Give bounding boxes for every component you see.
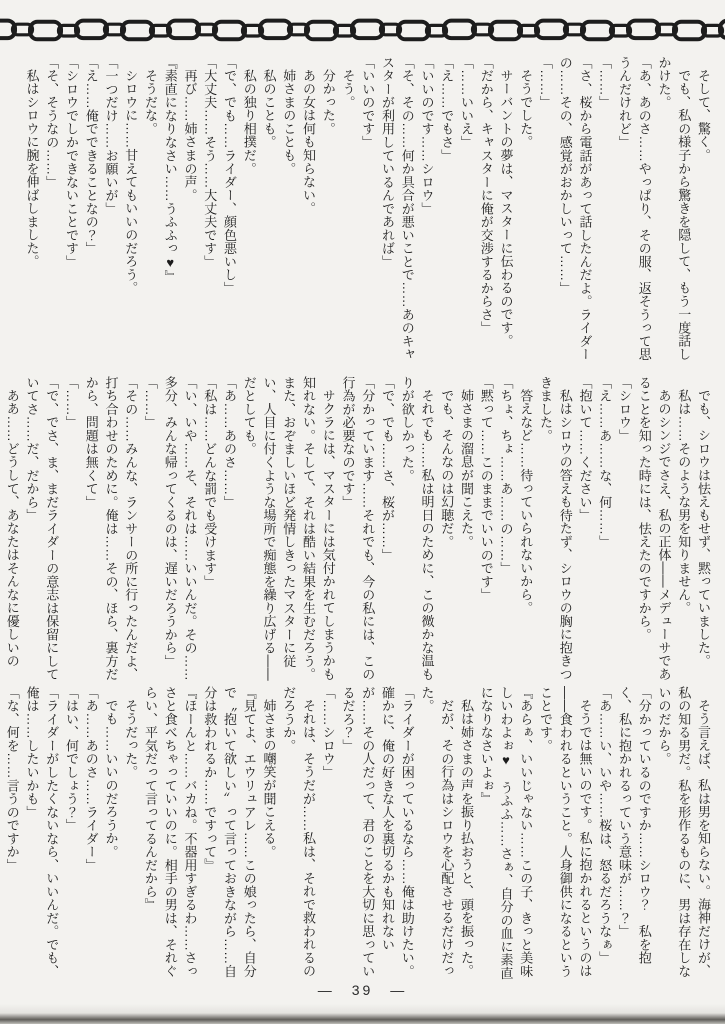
- paragraph: 「はい、何でしょう？」: [61, 686, 81, 984]
- paragraph: 「その……みんな、ランサーの所に行ったんだよ、打ち合わせのために。俺は……その、…: [81, 376, 140, 682]
- paragraph: 「え……でもさ」: [437, 56, 457, 370]
- paragraph: それでも……私は明日のために、この微かな温もりが欲しかった。: [397, 376, 437, 682]
- paragraph: 「ちょ、ちょ……あ……の……」: [496, 376, 516, 682]
- paragraph: 「で、でも……さ、桜が……」: [377, 376, 397, 682]
- paragraph: 「あ、あのさ……やっぱり、その服、返そうって思うんだけれど」: [614, 56, 654, 370]
- paragraph: 『見てよ、エウリュアレ……この娘ったら、自分で〝抱いて欲しい〟って言っておきなが…: [200, 686, 259, 984]
- paragraph: 「シロウでしかできないことです」: [61, 56, 81, 370]
- paragraph: 「私は……どんな罰でも受けます」: [200, 376, 220, 682]
- paragraph: 「え……俺でできることなの？」: [81, 56, 101, 370]
- paragraph: 「分かっています……それでも、今の私には、この行為が必要なのです」: [338, 376, 378, 682]
- paragraph: 「で、でさ、ま、まだライダーの意志は保留にしていてさ……だ、だから」: [22, 376, 62, 682]
- paragraph: あのシンジでさえ、私の正体――メデューサであることを知った時には、怯えたのですか…: [634, 376, 674, 682]
- paragraph: 「分かっているのですか……シロウ？ 私を抱く、私に抱かれるっていう意味が……？」: [614, 686, 654, 984]
- paragraph: ああ……どうして、あなたはそんなに優しいのか。: [6, 376, 22, 682]
- paragraph: でも、シロウは怯えもせず、黙っていました。: [693, 376, 713, 682]
- paragraph: 「……」: [140, 376, 160, 682]
- paragraph: 姉さまのことも。: [279, 56, 299, 370]
- paragraph: 私の独り相撲だ。: [239, 56, 259, 370]
- paragraph: そうだな。: [140, 56, 160, 370]
- paragraph: そうだった。: [121, 686, 141, 984]
- paragraph: 『素直になりなさい……うふふっ♥』: [160, 56, 180, 370]
- paragraph: そして、驚く。: [693, 56, 713, 370]
- paragraph: 「……」: [61, 376, 81, 682]
- paragraph: そう言えば、私は男を知らない。海神だけが、私の知る男だ。私を形作るものに、男は存…: [654, 686, 713, 984]
- paragraph: あの女は何も知らない。: [298, 56, 318, 370]
- paragraph: 姉さまの溜息が聞こえた。: [456, 376, 476, 682]
- scanned-novel-page: そして、驚く。でも、私の様子から驚きを隠して、もう一度話しかけた。「あ、あのさ……: [0, 0, 725, 1024]
- paragraph: 私のことも。: [259, 56, 279, 370]
- paragraph: 『ほーんと……バカね。不器用すぎるわ……さっさと食べちゃっていいのに。相手の男は…: [140, 686, 199, 984]
- paragraph: 「大丈夫……そう……大丈夫です」: [200, 56, 220, 370]
- paragraph: そうでは無いのです。私に抱かれるというのは――食われるということ。人身御供になる…: [535, 686, 594, 984]
- paragraph: 「ライダーが困っているなら……俺は助けたい。確かに、俺の好きな人を裏切るかも知れ…: [338, 686, 417, 984]
- paragraph: シロウに……甘えてもいいのだろう。: [121, 56, 141, 370]
- text-section-top: そして、驚く。でも、私の様子から驚きを隠して、もう一度話しかけた。「あ、あのさ……: [6, 56, 713, 370]
- paragraph: 「え……あ……な、何……」: [595, 376, 615, 682]
- paragraph: 「さ、桜から電話があって話したんだよ。ライダーの……その、感覚がおかしいって………: [555, 56, 595, 370]
- paragraph: だが、その行為はシロウを心配させるだけだった。: [417, 686, 457, 984]
- paragraph: サクラには、マスターには気付かれてしまうかも知れない。そして、それは酷い結果を生…: [239, 376, 338, 682]
- paragraph: サーバントの夢は、マスターに伝わるのです。: [496, 56, 516, 370]
- paragraph: 「……シロウ」: [318, 686, 338, 984]
- paragraph: 分かった。: [318, 56, 338, 370]
- text-section-bottom: そう言えば、私は男を知らない。海神だけが、私の知る男だ。私を形作るものに、男は存…: [6, 686, 713, 984]
- paragraph: 「……」: [595, 56, 615, 370]
- paragraph: 「あ……あのさ……ライダー」: [81, 686, 101, 984]
- paragraph: でも、私の様子から驚きを隠して、もう一度話しかけた。: [654, 56, 694, 370]
- paragraph: 「シロウ」: [614, 376, 634, 682]
- paragraph: それは、そうだが……私は、それで救われるのだろうか。: [279, 686, 319, 984]
- paragraph: 「抱いて……ください」: [575, 376, 595, 682]
- paragraph: そうでした。: [516, 56, 536, 370]
- paragraph: でも、そんなのは幻聴だ。: [437, 376, 457, 682]
- paragraph: そう。: [338, 56, 358, 370]
- paragraph: 「そ、そうなの……」: [42, 56, 62, 370]
- paragraph: でも……いいのだろうか。: [101, 686, 121, 984]
- paragraph: 「いいのです」: [358, 56, 378, 370]
- paragraph: 「一つだけ……お願いが」: [101, 56, 121, 370]
- paragraph: 姉さまの嘲笑が聞こえる。: [259, 686, 279, 984]
- chain-icon: [0, 12, 725, 48]
- paragraph: 『あらぁ、いいじゃない……この子、きっと美味しいわよぉ♥ うふふ……さぁ、自分の…: [476, 686, 535, 984]
- paragraph: 「な、何を……言うのですか」: [6, 686, 22, 984]
- paragraph: 「あ……い、いや……桜は、怒るだろうなぁ」: [595, 686, 615, 984]
- paragraph: 「い、いや……そ、それは……いいんだ。その……多分、みんな帰ってくるのは、遅いだ…: [160, 376, 200, 682]
- paragraph: 「黙って……このままでいいのです」: [476, 376, 496, 682]
- paragraph: 「だから、キャスターに俺が交渉するからさ」: [476, 56, 496, 370]
- paragraph: 答えなど……待っていられないから。: [516, 376, 536, 682]
- paragraph: 「……いいえ」: [456, 56, 476, 370]
- paragraph: 「あ……あのさ……」: [219, 376, 239, 682]
- paragraph: 「で、でも……ライダー、顔色悪いし」: [219, 56, 239, 370]
- paragraph: 私はシロウに腕を伸ばしました。: [22, 56, 42, 370]
- paragraph: 私は姉さまの声を振り払おうと、頭を振った。: [456, 686, 476, 984]
- page-number: ― 39 ―: [0, 980, 725, 1000]
- paragraph: 再び……姉さまの声。: [180, 56, 200, 370]
- chain-border-decoration: [0, 12, 725, 48]
- paragraph: 「ライダーがしたくないなら、いいんだ。でも、俺は……したいかも」: [22, 686, 62, 984]
- paragraph: 「そ、その……何か具合が悪いことで……あのキャスターが利用しているんであれば」: [377, 56, 417, 370]
- text-section-middle: でも、シロウは怯えもせず、黙っていました。私は……そのような男を知りません。あの…: [6, 376, 713, 682]
- paragraph: 私はシロウの答えも待たず、シロウの胸に抱きつきました。: [535, 376, 575, 682]
- paragraph: 「……」: [535, 56, 555, 370]
- paragraph: 私は……そのような男を知りません。: [674, 376, 694, 682]
- paragraph: 「いいのです……シロウ」: [417, 56, 437, 370]
